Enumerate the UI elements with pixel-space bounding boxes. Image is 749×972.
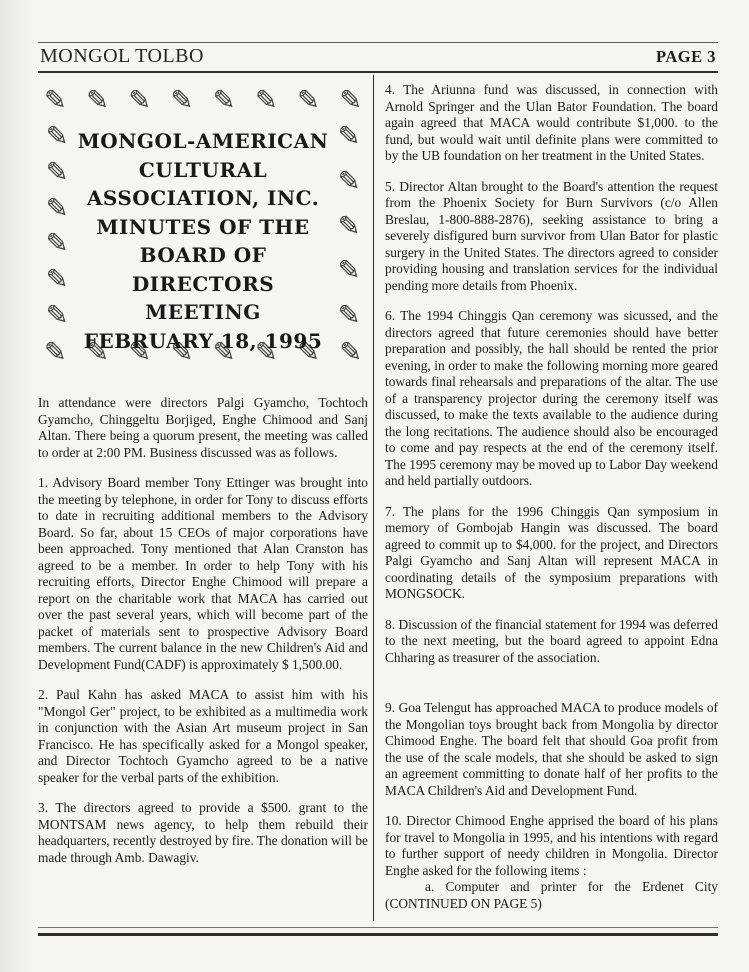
title-line: MINUTES OF THE bbox=[76, 213, 330, 242]
pencil-border-right: ✎✎✎✎✎ bbox=[334, 123, 364, 329]
pencil-icon: ✎ bbox=[338, 213, 361, 240]
meeting-title: MONGOL-AMERICAN CULTURAL ASSOCIATION, IN… bbox=[76, 127, 330, 355]
paragraph-10-item-a: a. Computer and printer for the Erdenet … bbox=[385, 879, 718, 896]
pencil-icon: ✎ bbox=[46, 302, 69, 329]
pencil-icon: ✎ bbox=[128, 87, 151, 114]
newsletter-page: MONGOL TOLBO PAGE 3 ✎✎✎✎✎✎✎✎ ✎✎✎✎✎✎ ✎✎✎✎… bbox=[0, 0, 749, 972]
pencil-icon: ✎ bbox=[213, 87, 236, 114]
pencil-icon: ✎ bbox=[255, 87, 278, 114]
pencil-icon: ✎ bbox=[338, 302, 361, 329]
paragraph-9: 9. Goa Telengut has approached MACA to p… bbox=[385, 700, 718, 799]
pencil-icon: ✎ bbox=[86, 87, 109, 114]
pencil-icon: ✎ bbox=[339, 339, 362, 366]
continued-note: (CONTINUED ON PAGE 5) bbox=[385, 896, 718, 913]
pencil-icon: ✎ bbox=[46, 266, 69, 293]
footer-rule-thin bbox=[38, 927, 718, 928]
pencil-icon: ✎ bbox=[338, 123, 361, 150]
columns: ✎✎✎✎✎✎✎✎ ✎✎✎✎✎✎ ✎✎✎✎✎ ✎✎✎✎✎✎✎✎ MONGOL-AM… bbox=[38, 73, 718, 927]
title-line: ASSOCIATION, INC. bbox=[76, 184, 330, 213]
pencil-icon: ✎ bbox=[338, 168, 361, 195]
pencil-icon: ✎ bbox=[46, 159, 69, 186]
pencil-icon: ✎ bbox=[46, 230, 69, 257]
page-number: PAGE 3 bbox=[656, 47, 716, 67]
pencil-border-top: ✎✎✎✎✎✎✎✎ bbox=[38, 83, 368, 117]
pencil-icon: ✎ bbox=[297, 87, 320, 114]
right-column: 4. The Ariunna fund was discussed, in co… bbox=[374, 73, 718, 927]
paragraph-1: 1. Advisory Board member Tony Ettinger w… bbox=[38, 475, 368, 673]
paragraph-attendance: In attendance were directors Palgi Gyamc… bbox=[38, 395, 368, 461]
pencil-icon: ✎ bbox=[46, 123, 69, 150]
title-line: MONGOL-AMERICAN bbox=[76, 127, 330, 156]
newsletter-title: MONGOL TOLBO bbox=[40, 45, 204, 68]
pencil-icon: ✎ bbox=[171, 87, 194, 114]
pencil-icon: ✎ bbox=[44, 87, 67, 114]
pencil-icon: ✎ bbox=[44, 339, 67, 366]
title-line: FEBRUARY 18, 1995 bbox=[76, 327, 330, 356]
pencil-icon: ✎ bbox=[46, 195, 69, 222]
paragraph-2: 2. Paul Kahn has asked MACA to assist hi… bbox=[38, 687, 368, 786]
paragraph-6: 6. The 1994 Chinggis Qan ceremony was si… bbox=[385, 308, 718, 490]
pencil-border-left: ✎✎✎✎✎✎ bbox=[42, 123, 72, 329]
paragraph-7: 7. The plans for the 1996 Chinggis Qan s… bbox=[385, 504, 718, 603]
paragraph-8: 8. Discussion of the financial statement… bbox=[385, 617, 718, 667]
pencil-icon: ✎ bbox=[338, 257, 361, 284]
paragraph-4: 4. The Ariunna fund was discussed, in co… bbox=[385, 82, 718, 165]
title-box: ✎✎✎✎✎✎✎✎ ✎✎✎✎✎✎ ✎✎✎✎✎ ✎✎✎✎✎✎✎✎ MONGOL-AM… bbox=[38, 83, 368, 369]
left-column: ✎✎✎✎✎✎✎✎ ✎✎✎✎✎✎ ✎✎✎✎✎ ✎✎✎✎✎✎✎✎ MONGOL-AM… bbox=[38, 73, 368, 927]
pencil-icon: ✎ bbox=[339, 87, 362, 114]
footer-rule-thick bbox=[38, 933, 718, 936]
footer-rules bbox=[38, 927, 718, 936]
paragraph-5: 5. Director Altan brought to the Board's… bbox=[385, 179, 718, 295]
masthead: MONGOL TOLBO PAGE 3 bbox=[38, 42, 718, 73]
title-line: BOARD OF DIRECTORS bbox=[76, 241, 330, 298]
paragraph-3: 3. The directors agreed to provide a $50… bbox=[38, 800, 368, 866]
title-line: MEETING bbox=[76, 298, 330, 327]
title-line: CULTURAL bbox=[76, 156, 330, 185]
paragraph-10: 10. Director Chimood Enghe apprised the … bbox=[385, 813, 718, 879]
